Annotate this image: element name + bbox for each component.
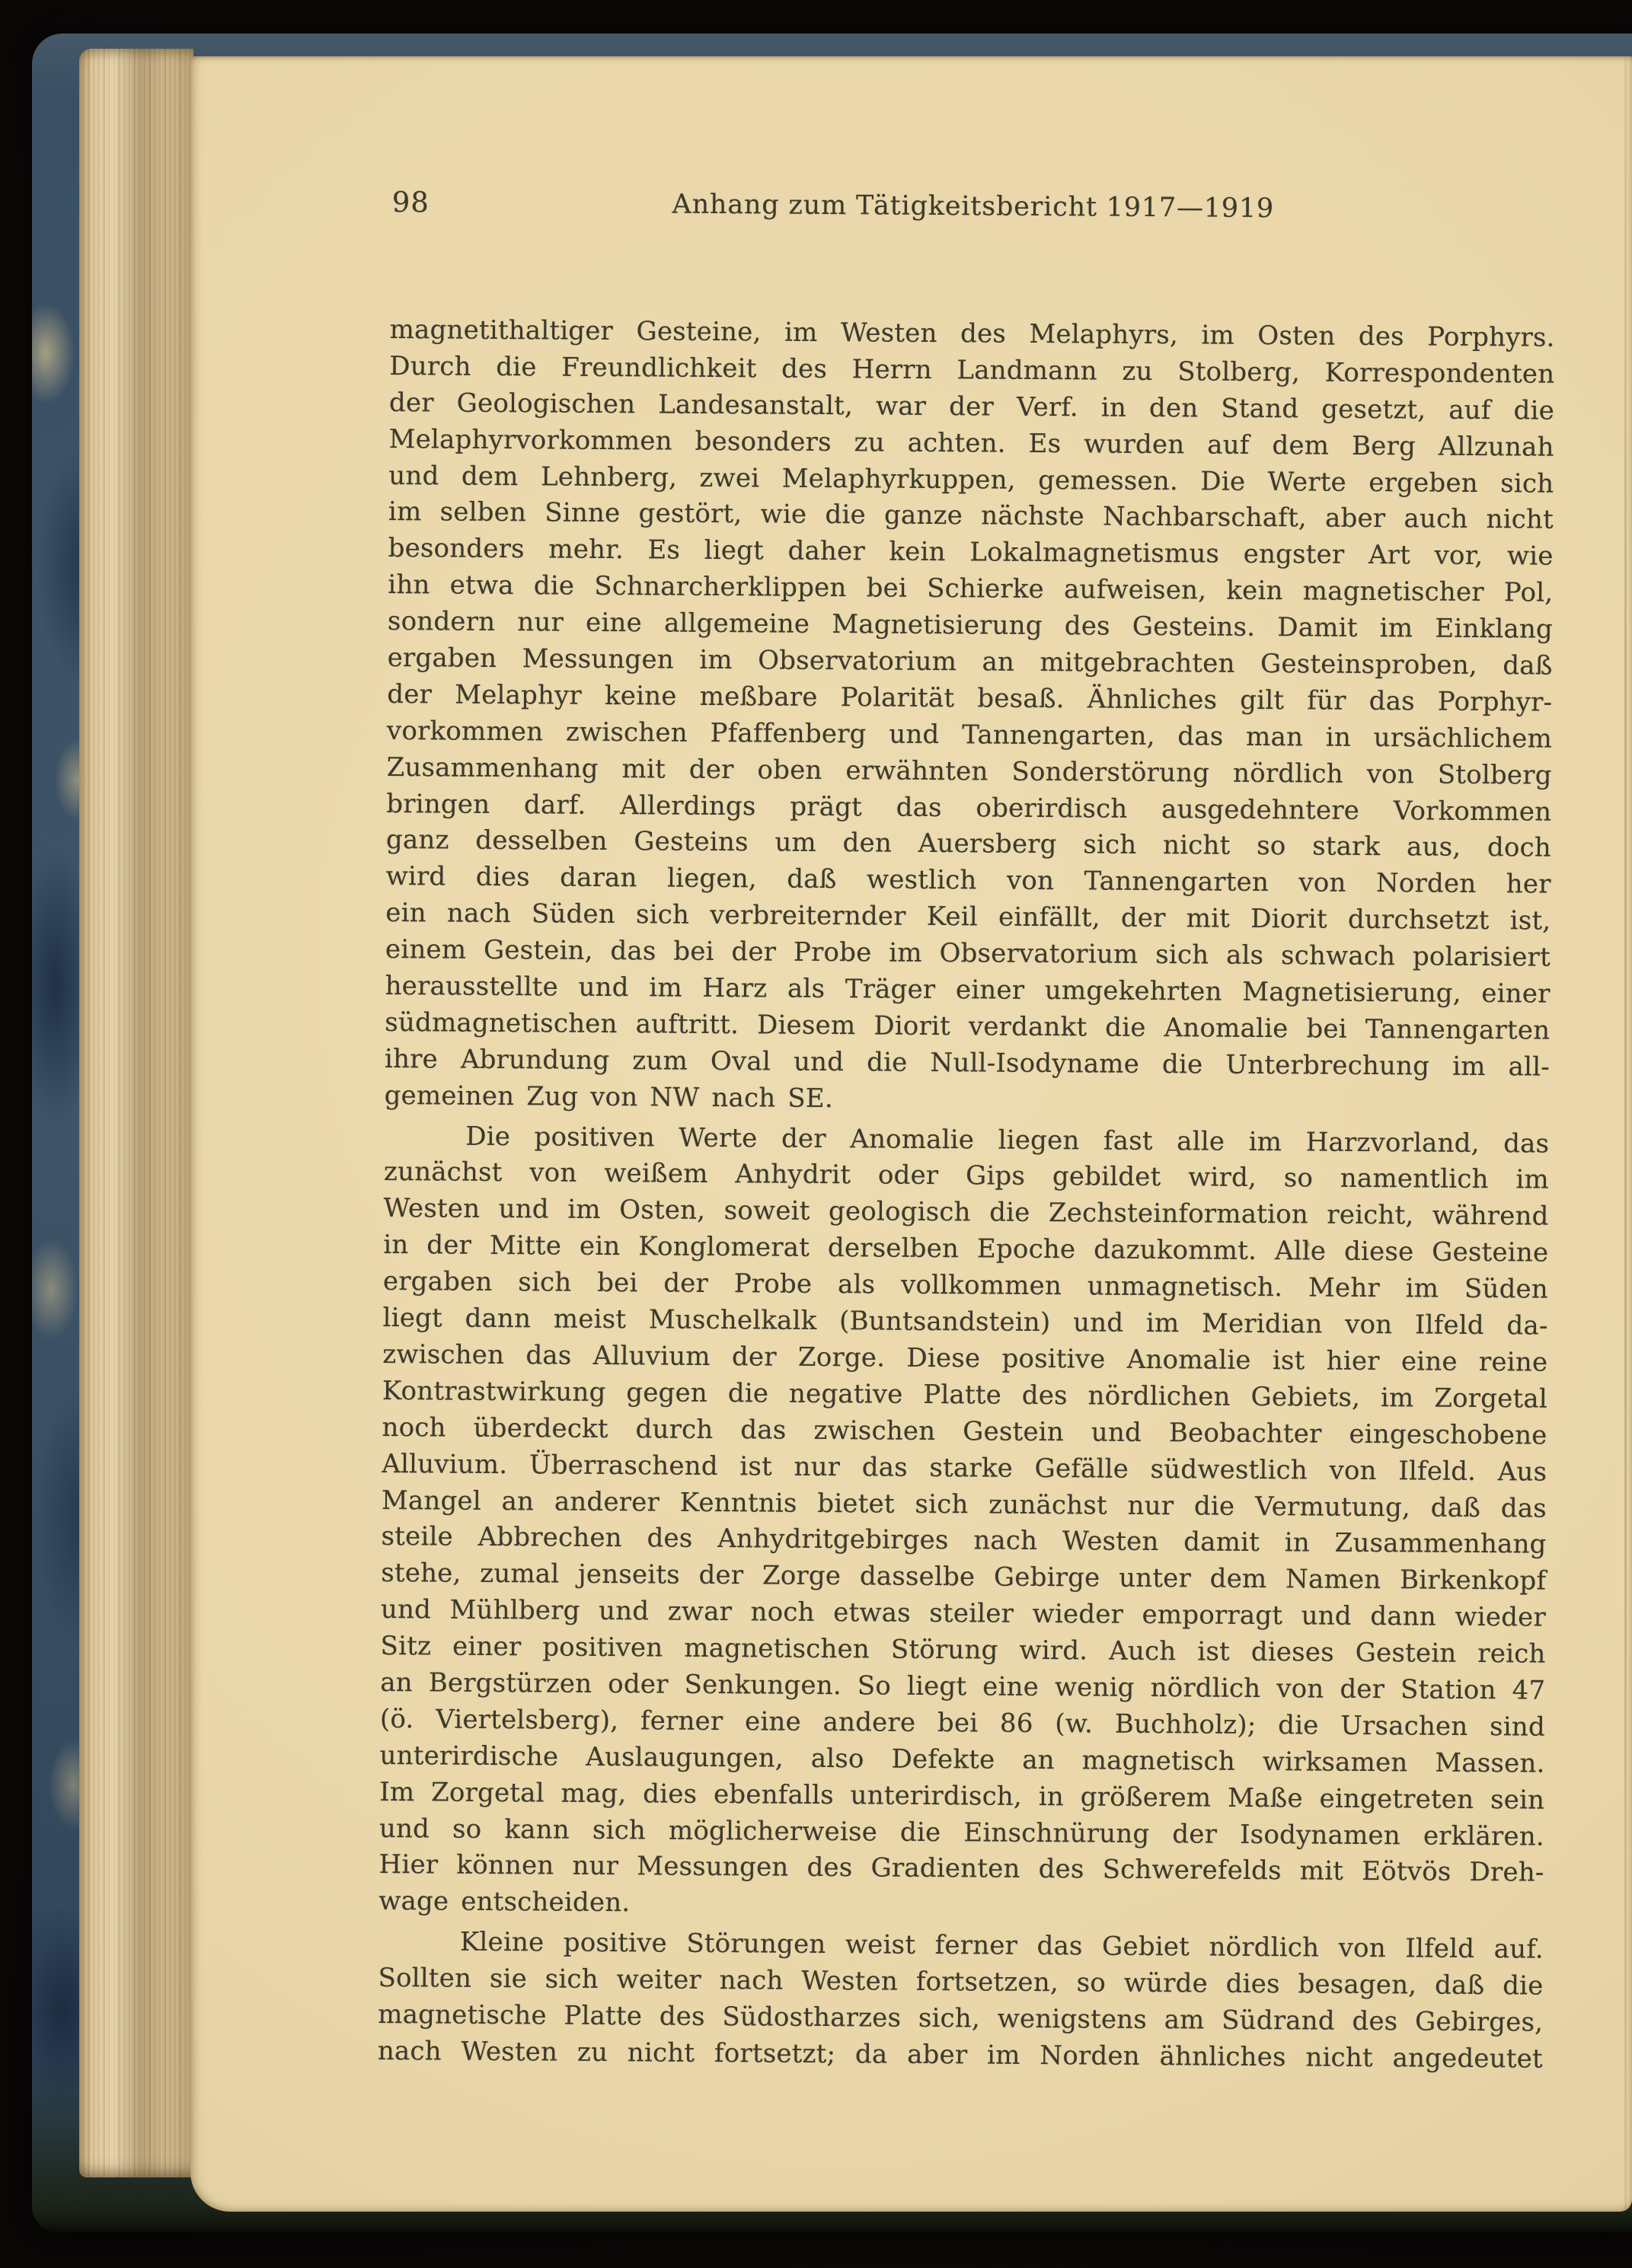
text-line: nach Westen zu nicht fortsetzt; da aber … [378,2034,1543,2078]
paragraph-1: magnetithaltiger Gesteine, im Westen des… [384,312,1554,1122]
book-scan: 98 Anhang zum Tätigkeitsbericht 1917—191… [0,0,1632,2268]
running-header: Anhang zum Tätigkeitsbericht 1917—1919 [391,187,1556,226]
page-header: 98 Anhang zum Tätigkeitsbericht 1917—191… [391,186,1556,241]
paragraph-3: Kleine positive Störungen weist ferner d… [378,1924,1544,2078]
page-fore-edges [79,49,193,2177]
page-content: 98 Anhang zum Tätigkeitsbericht 1917—191… [378,186,1556,2078]
book-page: 98 Anhang zum Tätigkeitsbericht 1917—191… [190,56,1632,2212]
body-text: magnetithaltiger Gesteine, im Westen des… [378,312,1555,2078]
paragraph-2: Die positiven Werte der Anomalie liegen … [378,1118,1549,1928]
